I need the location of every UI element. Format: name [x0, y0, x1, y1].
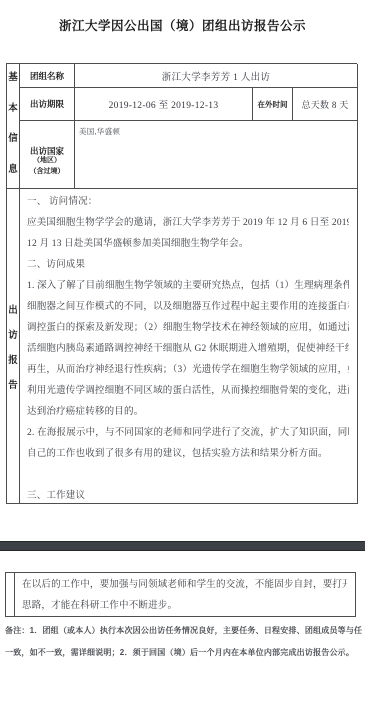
page-break-separator — [0, 541, 365, 551]
report-line: 二、访问成果 — [27, 255, 349, 276]
report-line: 利用光遗传学调控细胞不同区域的蛋白活性，从而操控细胞骨架的变化，进而 — [27, 381, 349, 402]
report-line: 再生，从而治疗神经退行性疾病；（3）光遗传学在细胞生物学领域的应用，如 — [27, 360, 349, 381]
report-line: 1. 深入了解了目前细胞生物学领域的主要研究热点，包括（1）生理病理条件下， — [27, 276, 349, 297]
footnote-line: 备注：1．团组（或本人）执行本次因公出访任务情况良好，主要任务、日程安排、团组成… — [5, 620, 362, 642]
basic-info-char: 信 — [8, 130, 18, 144]
suggestion-line: 在以后的工作中，要加强与同领域老师和学生的交流，不能固步自封，要打开 — [22, 575, 347, 596]
report-line: 应美国细胞生物学学会的邀请，浙江大学李芳芳于 2019 年 12 月 6 日至 … — [27, 213, 349, 234]
country-label: 出访国家 （地区） （含过境） — [20, 121, 75, 189]
report-section-char: 报 — [8, 352, 18, 366]
visit-period-label: 出访期限 — [20, 88, 75, 121]
work-suggestion-content: 在以后的工作中，要加强与同领域老师和学生的交流，不能固步自封，要打开 思路，才能… — [15, 573, 356, 617]
report-line: 细胞器之间互作模式的不同，以及细胞器互作过程中起主要作用的连接蛋白和 — [27, 297, 349, 318]
group-name-value: 浙江大学李芳芳 1 人出访 — [75, 64, 358, 88]
country-label-line: （地区） — [33, 156, 61, 167]
abroad-time-label: 在外时间 — [253, 88, 293, 121]
total-days-value: 总天数 8 天 — [293, 88, 358, 121]
report-line: 一、 访问情况： — [27, 192, 349, 213]
footnote-line: 一致，如不一致，需详细说明；2．须于回国（境）后一个月内在本单位内部完成出访报告… — [5, 642, 362, 664]
report-line: 三、工作建议 — [27, 486, 349, 504]
suggestion-line: 思路，才能在科研工作中不断进步。 — [22, 596, 347, 617]
basic-info-char: 基 — [8, 69, 18, 83]
basic-info-char: 本 — [8, 100, 18, 114]
page-title: 浙江大学因公出国（境）团组出访报告公示 — [0, 16, 365, 34]
footnotes: 备注：1．团组（或本人）执行本次因公出访任务情况良好，主要任务、日程安排、团组成… — [5, 620, 362, 664]
basic-info-section-label: 基 本 信 息 — [7, 64, 20, 189]
report-form-table: 基 本 信 息 团组名称 浙江大学李芳芳 1 人出访 出访期限 2019-12-… — [6, 63, 357, 504]
report-line — [27, 465, 349, 486]
report-document-page: { "title": "浙江大学因公出国（境）团组出访报告公示", "color… — [0, 0, 365, 702]
report-line: 活细胞内胰岛素通路调控神经干细胞从 G2 休眠期进入增殖期，促使神经干细胞 — [27, 339, 349, 360]
basic-info-char: 息 — [8, 161, 18, 175]
report-section-char: 告 — [8, 377, 18, 391]
report-section-char: 访 — [8, 327, 18, 341]
country-label-line: 出访国家 — [30, 146, 64, 157]
report-line: 调控蛋白的探索及新发现；（2）细胞生物学技术在神经领域的应用，如通过激 — [27, 318, 349, 339]
report-form-table-continued: 在以后的工作中，要加强与同领域老师和学生的交流，不能固步自封，要打开 思路，才能… — [5, 572, 356, 617]
country-value: 美国,华盛顿 — [75, 121, 358, 189]
report-section-column-empty — [6, 573, 15, 617]
report-section-char: 出 — [8, 302, 18, 316]
report-line: 达到治疗癌症转移的目的。 — [27, 402, 349, 423]
report-line: 2. 在海报展示中，与不同国家的老师和同学进行了交流，扩大了知识面，同时 — [27, 423, 349, 444]
report-content: 一、 访问情况： 应美国细胞生物学学会的邀请，浙江大学李芳芳于 2019 年 1… — [20, 189, 358, 504]
group-name-label: 团组名称 — [20, 64, 75, 88]
report-line: 自己的工作也收到了很多有用的建议，包括实验方法和结果分析方面。 — [27, 444, 349, 465]
visit-period-value: 2019-12-06 至 2019-12-13 — [75, 88, 253, 121]
report-section-label: 出 访 报 告 — [7, 189, 20, 504]
report-line: 12 月 13 日赴美国华盛顿参加美国细胞生物学年会。 — [27, 234, 349, 255]
country-label-line: （含过境） — [30, 167, 65, 178]
